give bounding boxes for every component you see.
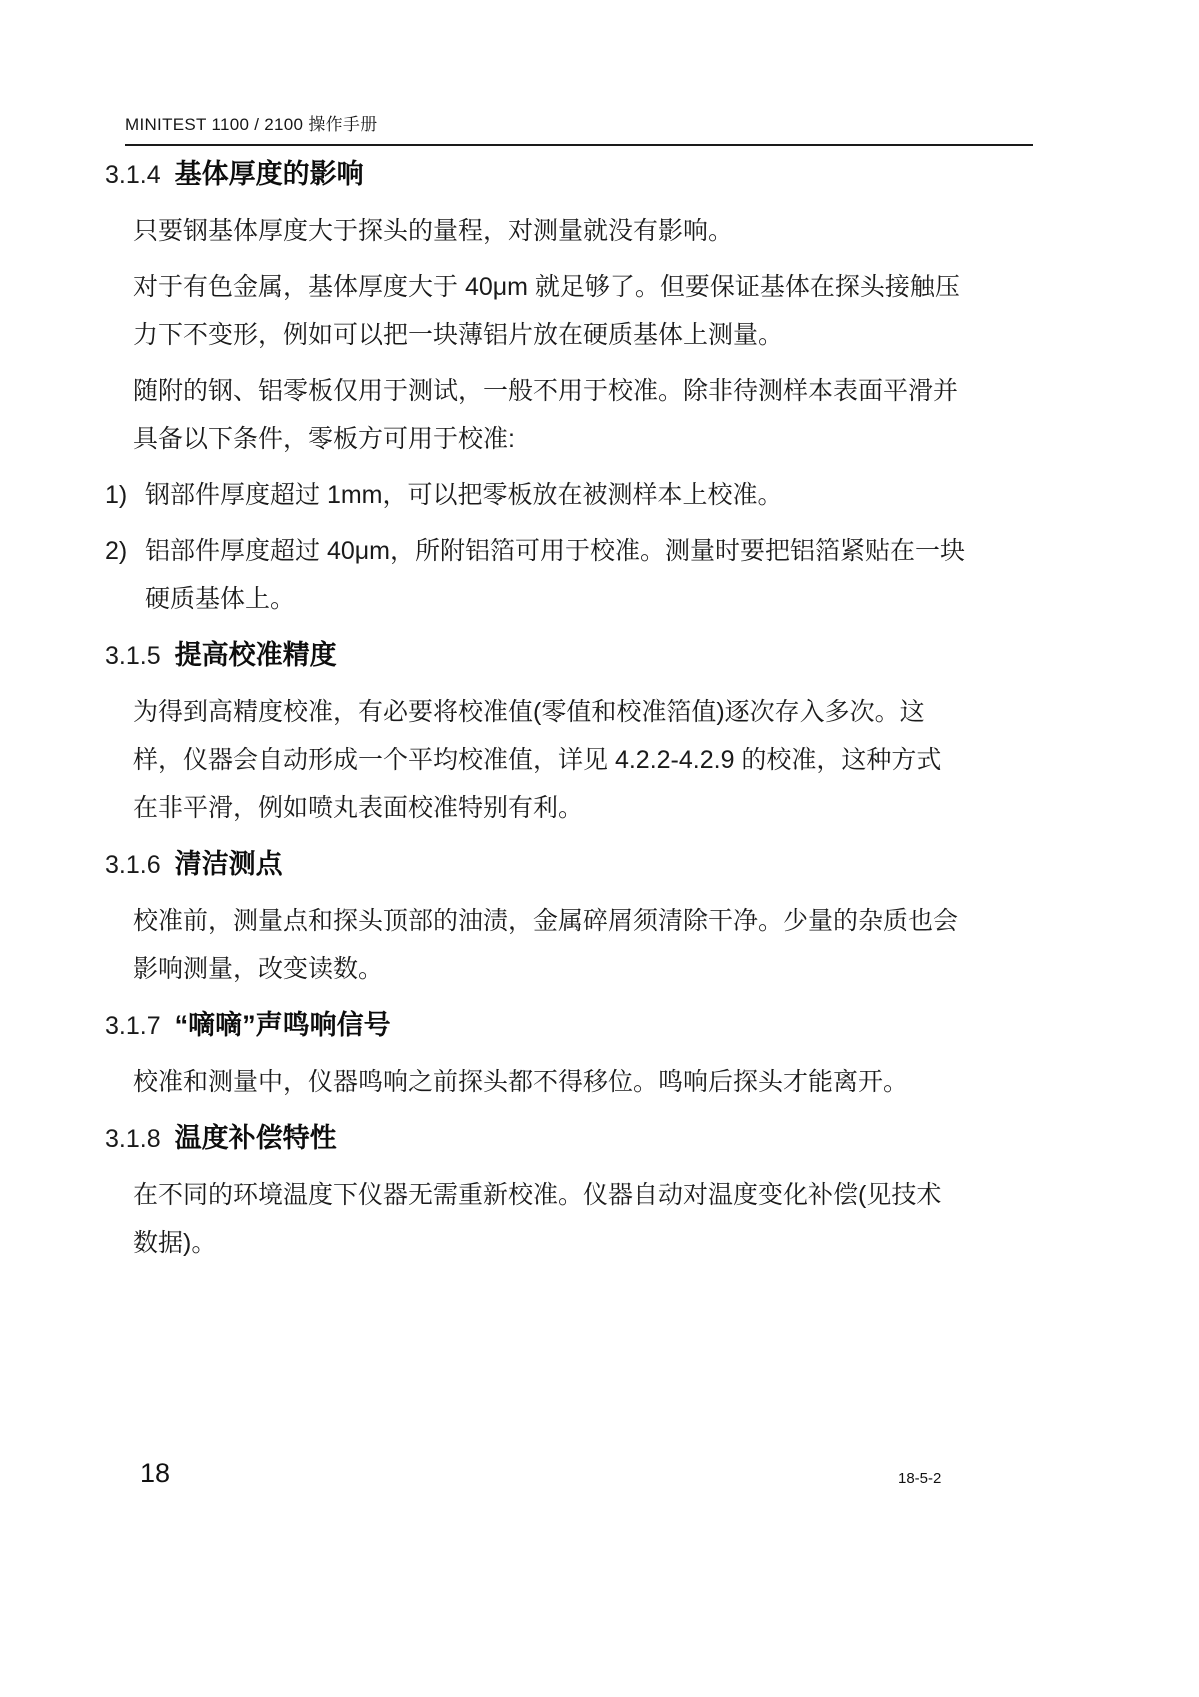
- list-text: 钢部件厚度超过 1mm，可以把零板放在被测样本上校准。: [145, 471, 965, 519]
- page-header: MINITEST 1100 / 2100 操作手册: [125, 110, 1033, 146]
- section-number: 3.1.4: [105, 151, 161, 199]
- list-marker: 2): [105, 527, 145, 623]
- paragraph: 在不同的环境温度下仪器无需重新校准。仪器自动对温度变化补偿(见技术数据)。: [0, 1171, 963, 1267]
- list-item: 1) 钢部件厚度超过 1mm，可以把零板放在被测样本上校准。: [0, 471, 1199, 519]
- section-number: 3.1.5: [105, 632, 161, 680]
- section-title: 基体厚度的影响: [175, 150, 364, 198]
- section-title: “嘀嘀”声鸣响信号: [175, 1001, 391, 1049]
- list-marker: 1): [105, 471, 145, 519]
- section-title: 温度补偿特性: [175, 1114, 337, 1162]
- header-title: MINITEST 1100 / 2100 操作手册: [125, 115, 378, 134]
- doc-code: 18-5-2: [898, 1470, 941, 1487]
- section-number: 3.1.7: [105, 1002, 161, 1050]
- document-page: MINITEST 1100 / 2100 操作手册 3.1.4 基体厚度的影响 …: [0, 0, 1199, 1697]
- list-item: 2) 铝部件厚度超过 40μm，所附铝箔可用于校准。测量时要把铝箔紧贴在一块硬质…: [0, 527, 1199, 623]
- section-number: 3.1.6: [105, 841, 161, 889]
- section-heading-3-1-5: 3.1.5 提高校准精度: [0, 631, 1199, 680]
- section-title: 提高校准精度: [175, 631, 337, 679]
- paragraph: 校准前，测量点和探头顶部的油渍，金属碎屑须清除干净。少量的杂质也会影响测量，改变…: [0, 897, 963, 993]
- section-title: 清洁测点: [175, 840, 283, 888]
- page-content: 3.1.4 基体厚度的影响 只要钢基体厚度大于探头的量程，对测量就没有影响。 对…: [0, 142, 1199, 1275]
- paragraph: 为得到高精度校准，有必要将校准值(零值和校准箔值)逐次存入多次。这样，仪器会自动…: [0, 688, 963, 832]
- page-number: 18: [140, 1458, 170, 1489]
- paragraph: 随附的钢、铝零板仅用于测试，一般不用于校准。除非待测样本表面平滑并具备以下条件，…: [0, 367, 963, 463]
- section-number: 3.1.8: [105, 1115, 161, 1163]
- paragraph: 只要钢基体厚度大于探头的量程，对测量就没有影响。: [0, 207, 963, 255]
- section-heading-3-1-4: 3.1.4 基体厚度的影响: [0, 150, 1199, 199]
- section-heading-3-1-8: 3.1.8 温度补偿特性: [0, 1114, 1199, 1163]
- section-heading-3-1-6: 3.1.6 清洁测点: [0, 840, 1199, 889]
- section-heading-3-1-7: 3.1.7 “嘀嘀”声鸣响信号: [0, 1001, 1199, 1050]
- paragraph: 校准和测量中，仪器鸣响之前探头都不得移位。鸣响后探头才能离开。: [0, 1058, 963, 1106]
- paragraph: 对于有色金属，基体厚度大于 40μm 就足够了。但要保证基体在探头接触压力下不变…: [0, 263, 963, 359]
- list-text: 铝部件厚度超过 40μm，所附铝箔可用于校准。测量时要把铝箔紧贴在一块硬质基体上…: [145, 527, 965, 623]
